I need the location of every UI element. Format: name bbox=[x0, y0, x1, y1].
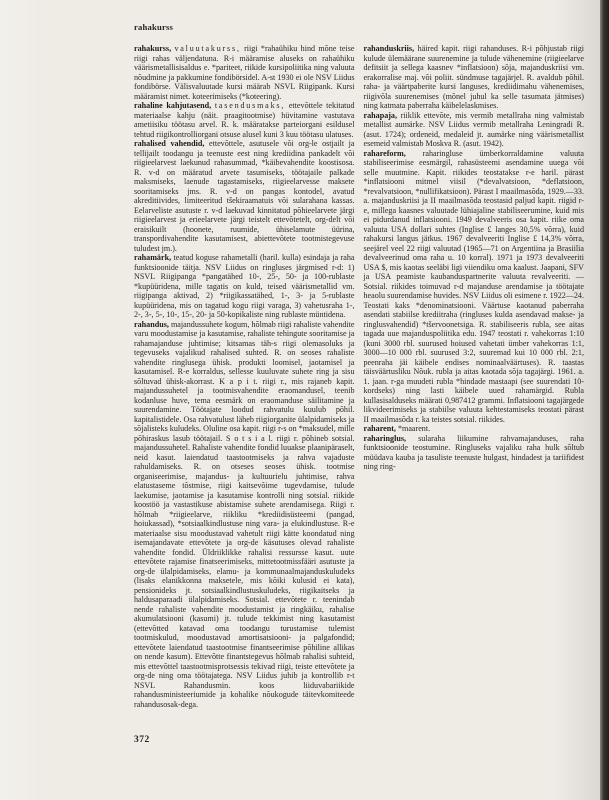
entry-rahanduskriis: rahanduskriis, häired kapit. riigi rahan… bbox=[364, 44, 585, 111]
entry-term: raharent, bbox=[364, 424, 396, 433]
page-number: 372 bbox=[134, 735, 150, 745]
entry-raharent: raharent, *maarent. bbox=[364, 424, 585, 434]
entry-term: rahakurss, bbox=[134, 44, 171, 53]
entry-term-synonym: valuutakurss, bbox=[174, 44, 240, 53]
entry-term: rahalised vahendid, bbox=[134, 139, 204, 148]
entry-rahalised-vahendid: rahalised vahendid, ettevõttele, asutuse… bbox=[134, 139, 355, 253]
entry-body: häired kapit. riigi rahanduses. R-i põhj… bbox=[364, 44, 585, 110]
entry-rahandus: rahandus, majandussuhete kogum, hõlmab r… bbox=[134, 320, 355, 710]
entry-rahapaja: rahapaja, riiklik ettevõte, mis vermib m… bbox=[364, 111, 585, 149]
entry-body: teatud koguse rahametalli (haril. kulla)… bbox=[134, 253, 355, 319]
entry-rahaline-kahjutasend: rahaline kahjutasend, tasendusmaks, ette… bbox=[134, 101, 355, 139]
book-page: rahakurss rahakurss, valuutakurss, riigi… bbox=[0, 0, 609, 800]
entry-body: majandussuhete kogum, hõlmab riigi rahal… bbox=[134, 320, 355, 709]
entry-body: ettevõttele, asutusele või org-le ostjai… bbox=[134, 139, 355, 253]
entry-term: rahareform, bbox=[364, 149, 406, 158]
text-columns: rahakurss, valuutakurss, riigi *rahaühik… bbox=[134, 44, 584, 712]
entry-term: rahapaja, bbox=[364, 111, 398, 120]
entry-body: riiklik ettevõte, mis vermib metallraha … bbox=[364, 111, 585, 149]
entry-body: raharingluse ümberkorraldamine valuuta s… bbox=[364, 149, 585, 424]
entry-term: raharinglus, bbox=[364, 434, 407, 443]
entry-rahamark: rahamärk, teatud koguse rahametalli (har… bbox=[134, 253, 355, 320]
entry-term: rahandus, bbox=[134, 320, 169, 329]
entry-rahakurss: rahakurss, valuutakurss, riigi *rahaühik… bbox=[134, 44, 355, 101]
entry-term: rahamärk, bbox=[134, 253, 171, 262]
entry-body: *maarent. bbox=[398, 424, 430, 433]
entry-term: rahaline kahjutasend, bbox=[134, 101, 211, 110]
entry-term: rahanduskriis, bbox=[364, 44, 415, 53]
running-head: rahakurss bbox=[134, 22, 173, 32]
entry-raharinglus: raharinglus, sularaha liikumine rahvamaj… bbox=[364, 434, 585, 472]
entry-rahareform: rahareform, raharingluse ümberkorraldami… bbox=[364, 149, 585, 425]
entry-term-synonym: tasendusmaks, bbox=[215, 101, 285, 110]
scan-edge-shadow bbox=[600, 0, 609, 800]
